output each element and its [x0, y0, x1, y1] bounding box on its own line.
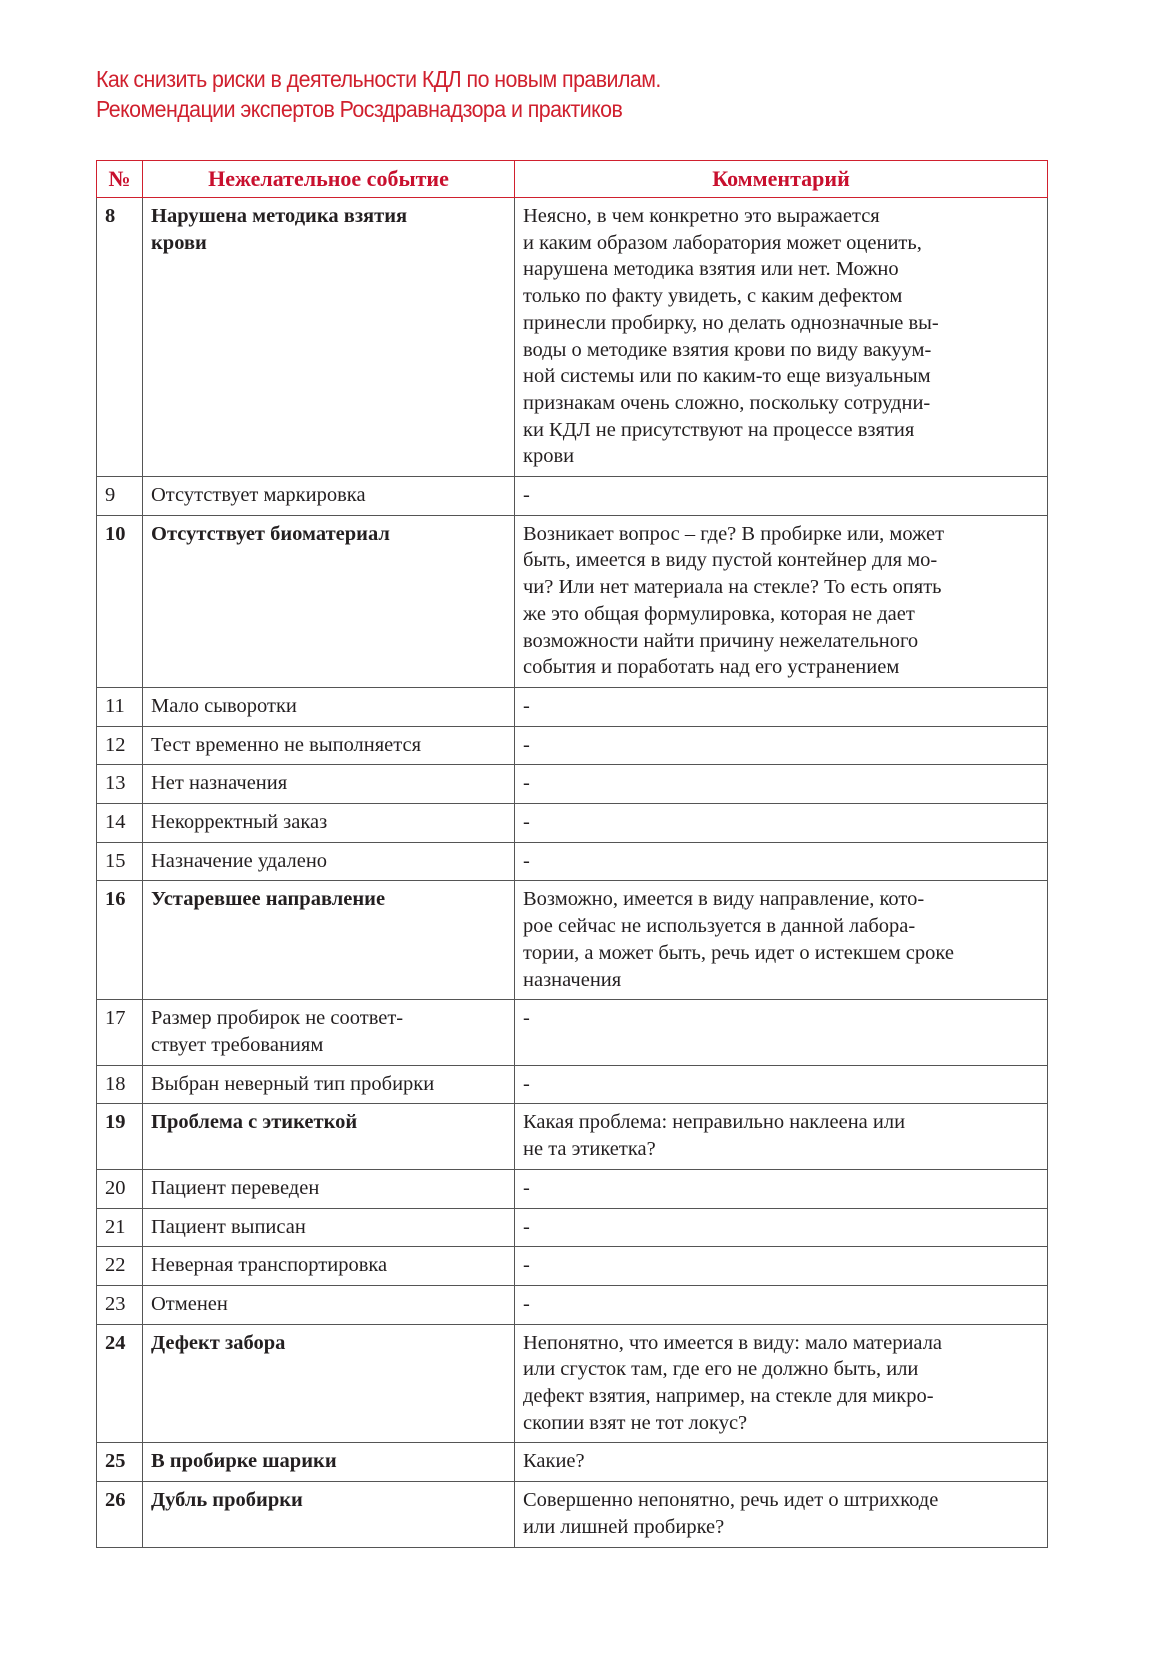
table-row: 15Назначение удалено-: [97, 842, 1048, 881]
event-cell: Пациент переведен: [143, 1169, 515, 1208]
event-cell-text: Отсутствует биоматериал: [151, 523, 390, 545]
row-number-text: 18: [105, 1073, 126, 1095]
event-cell: Отсутствует биоматериал: [143, 515, 515, 687]
event-cell: Выбран неверный тип пробирки: [143, 1065, 515, 1104]
comment-cell-text: -: [523, 695, 530, 717]
table-row: 19Проблема с этикеткойКакая проблема: не…: [97, 1104, 1048, 1169]
comment-cell: -: [515, 1285, 1048, 1324]
table-header-row: № Нежелательное событие Комментарий: [97, 161, 1048, 198]
comment-cell-text: Возможно, имеется в виду направление, ко…: [523, 888, 954, 990]
comment-cell-text: -: [523, 850, 530, 872]
event-cell: Назначение удалено: [143, 842, 515, 881]
row-number: 26: [97, 1482, 143, 1547]
comment-cell-text: -: [523, 1216, 530, 1238]
event-cell-text: Выбран неверный тип пробирки: [151, 1073, 434, 1095]
event-cell-text: Мало сыворотки: [151, 695, 297, 717]
comment-cell-text: -: [523, 484, 530, 506]
row-number: 11: [97, 687, 143, 726]
row-number: 23: [97, 1285, 143, 1324]
row-number-text: 8: [105, 205, 115, 227]
event-cell-text: Назначение удалено: [151, 850, 327, 872]
table-row: 11Мало сыворотки-: [97, 687, 1048, 726]
table-row: 9Отсутствует маркировка-: [97, 477, 1048, 516]
row-number-text: 20: [105, 1177, 126, 1199]
comment-cell-text: -: [523, 1007, 530, 1029]
comment-cell-text: -: [523, 1073, 530, 1095]
comment-cell: -: [515, 687, 1048, 726]
column-header-number: №: [97, 161, 143, 198]
table-row: 26Дубль пробиркиСовершенно непонятно, ре…: [97, 1482, 1048, 1547]
table-row: 8Нарушена методика взятия кровиНеясно, в…: [97, 198, 1048, 477]
comment-cell-text: Непонятно, что имеется в виду: мало мате…: [523, 1332, 942, 1434]
comment-cell-text: Какие?: [523, 1450, 585, 1472]
table-row: 18Выбран неверный тип пробирки-: [97, 1065, 1048, 1104]
event-cell: Устаревшее направление: [143, 881, 515, 1000]
row-number-text: 16: [105, 888, 126, 910]
event-cell-text: Дефект забора: [151, 1332, 285, 1354]
row-number: 18: [97, 1065, 143, 1104]
event-cell: Дубль пробирки: [143, 1482, 515, 1547]
row-number: 9: [97, 477, 143, 516]
row-number-text: 22: [105, 1254, 126, 1276]
comment-cell: Какие?: [515, 1443, 1048, 1482]
table-row: 12Тест временно не выполняется-: [97, 726, 1048, 765]
page-header-line-2: Рекомендации экспертов Росздравнадзора и…: [96, 94, 661, 124]
undesirable-events-table: № Нежелательное событие Комментарий 8Нар…: [96, 160, 1048, 1548]
page-header: Как снизить риски в деятельности КДЛ по …: [96, 64, 661, 124]
row-number: 12: [97, 726, 143, 765]
comment-cell: Неясно, в чем конкретно это выражается и…: [515, 198, 1048, 477]
event-cell-text: Отменен: [151, 1293, 228, 1315]
comment-cell-text: -: [523, 811, 530, 833]
event-cell: Мало сыворотки: [143, 687, 515, 726]
column-header-event: Нежелательное событие: [143, 161, 515, 198]
comment-cell: -: [515, 1247, 1048, 1286]
row-number: 10: [97, 515, 143, 687]
row-number-text: 21: [105, 1216, 126, 1238]
row-number-text: 26: [105, 1489, 126, 1511]
table-row: 10Отсутствует биоматериалВозникает вопро…: [97, 515, 1048, 687]
event-cell: Пациент выписан: [143, 1208, 515, 1247]
event-cell: Проблема с этикеткой: [143, 1104, 515, 1169]
event-cell: Нет назначения: [143, 765, 515, 804]
comment-cell-text: Возникает вопрос – где? В пробирке или, …: [523, 523, 944, 679]
comment-cell: -: [515, 1065, 1048, 1104]
row-number-text: 12: [105, 734, 126, 756]
row-number-text: 19: [105, 1111, 126, 1133]
table-row: 23Отменен-: [97, 1285, 1048, 1324]
event-cell: Неверная транспортировка: [143, 1247, 515, 1286]
event-cell-text: Пациент переведен: [151, 1177, 319, 1199]
event-cell: Дефект забора: [143, 1324, 515, 1443]
row-number: 16: [97, 881, 143, 1000]
event-cell-text: Нет назначения: [151, 772, 287, 794]
row-number: 22: [97, 1247, 143, 1286]
row-number-text: 24: [105, 1332, 126, 1354]
comment-cell-text: -: [523, 1177, 530, 1199]
row-number: 15: [97, 842, 143, 881]
event-cell-text: Дубль пробирки: [151, 1489, 303, 1511]
event-cell: В пробирке шарики: [143, 1443, 515, 1482]
comment-cell: -: [515, 1000, 1048, 1065]
row-number-text: 17: [105, 1007, 126, 1029]
table-row: 25В пробирке шарикиКакие?: [97, 1443, 1048, 1482]
row-number-text: 23: [105, 1293, 126, 1315]
event-cell: Тест временно не выполняется: [143, 726, 515, 765]
table-row: 13Нет назначения-: [97, 765, 1048, 804]
row-number: 8: [97, 198, 143, 477]
row-number-text: 13: [105, 772, 126, 794]
row-number: 24: [97, 1324, 143, 1443]
table-row: 20Пациент переведен-: [97, 1169, 1048, 1208]
event-cell-text: Размер пробирок не соответ- ствует требо…: [151, 1007, 403, 1056]
event-cell-text: Неверная транспортировка: [151, 1254, 387, 1276]
event-cell: Размер пробирок не соответ- ствует требо…: [143, 1000, 515, 1065]
event-cell: Отменен: [143, 1285, 515, 1324]
event-cell-text: Отсутствует маркировка: [151, 484, 366, 506]
row-number-text: 11: [105, 695, 125, 717]
page-header-line-1: Как снизить риски в деятельности КДЛ по …: [96, 64, 661, 94]
event-cell-text: Некорректный заказ: [151, 811, 327, 833]
comment-cell: -: [515, 1169, 1048, 1208]
comment-cell-text: -: [523, 1254, 530, 1276]
row-number: 14: [97, 804, 143, 843]
table-row: 22Неверная транспортировка-: [97, 1247, 1048, 1286]
event-cell-text: В пробирке шарики: [151, 1450, 337, 1472]
table-row: 16Устаревшее направлениеВозможно, имеетс…: [97, 881, 1048, 1000]
row-number: 19: [97, 1104, 143, 1169]
comment-cell: Совершенно непонятно, речь идет о штрихк…: [515, 1482, 1048, 1547]
comment-cell-text: Неясно, в чем конкретно это выражается и…: [523, 205, 939, 467]
row-number-text: 15: [105, 850, 126, 872]
comment-cell-text: -: [523, 772, 530, 794]
row-number-text: 14: [105, 811, 126, 833]
row-number-text: 9: [105, 484, 115, 506]
comment-cell: -: [515, 477, 1048, 516]
table-row: 17Размер пробирок не соответ- ствует тре…: [97, 1000, 1048, 1065]
row-number: 17: [97, 1000, 143, 1065]
row-number: 25: [97, 1443, 143, 1482]
comment-cell: Какая проблема: неправильно наклеена или…: [515, 1104, 1048, 1169]
event-cell: Некорректный заказ: [143, 804, 515, 843]
comment-cell: Возможно, имеется в виду направление, ко…: [515, 881, 1048, 1000]
row-number: 13: [97, 765, 143, 804]
column-header-comment: Комментарий: [515, 161, 1048, 198]
comment-cell: -: [515, 1208, 1048, 1247]
comment-cell-text: -: [523, 734, 530, 756]
row-number-text: 25: [105, 1450, 126, 1472]
event-cell-text: Нарушена методика взятия крови: [151, 205, 407, 254]
event-cell: Нарушена методика взятия крови: [143, 198, 515, 477]
event-cell-text: Пациент выписан: [151, 1216, 306, 1238]
comment-cell: -: [515, 726, 1048, 765]
comment-cell-text: Совершенно непонятно, речь идет о штрихк…: [523, 1489, 938, 1538]
comment-cell: -: [515, 765, 1048, 804]
comment-cell-text: Какая проблема: неправильно наклеена или…: [523, 1111, 905, 1160]
event-cell-text: Тест временно не выполняется: [151, 734, 421, 756]
event-cell-text: Проблема с этикеткой: [151, 1111, 357, 1133]
comment-cell: Возникает вопрос – где? В пробирке или, …: [515, 515, 1048, 687]
comment-cell: -: [515, 842, 1048, 881]
table-body: 8Нарушена методика взятия кровиНеясно, в…: [97, 198, 1048, 1548]
comment-cell-text: -: [523, 1293, 530, 1315]
table-row: 24Дефект забораНепонятно, что имеется в …: [97, 1324, 1048, 1443]
event-cell: Отсутствует маркировка: [143, 477, 515, 516]
row-number: 20: [97, 1169, 143, 1208]
row-number-text: 10: [105, 523, 126, 545]
table-row: 21Пациент выписан-: [97, 1208, 1048, 1247]
comment-cell: Непонятно, что имеется в виду: мало мате…: [515, 1324, 1048, 1443]
table-row: 14Некорректный заказ-: [97, 804, 1048, 843]
row-number: 21: [97, 1208, 143, 1247]
comment-cell: -: [515, 804, 1048, 843]
event-cell-text: Устаревшее направление: [151, 888, 385, 910]
